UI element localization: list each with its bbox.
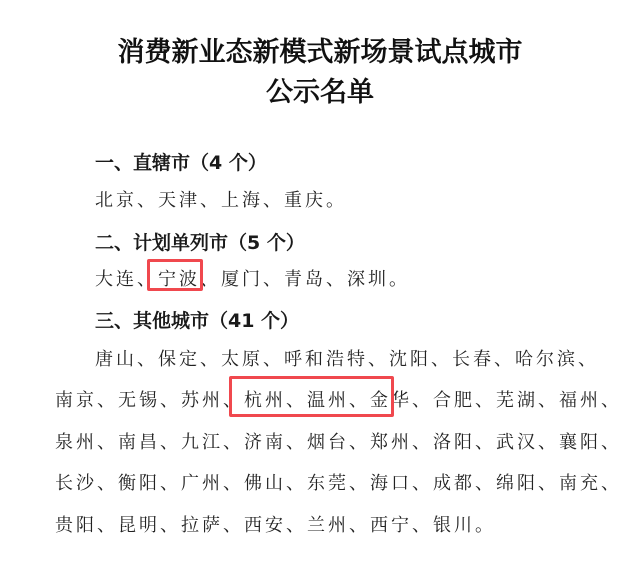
section-heading-separately-planned-cities: 二、计划单列市（5 个） <box>95 228 305 255</box>
section-list-other-cities-line4: 长沙、衡阳、广州、佛山、东莞、海口、成都、绵阳、南充、 <box>55 469 622 495</box>
document-title-line1: 消费新业态新模式新场景试点城市 <box>0 30 640 69</box>
highlight-box-hangzhou-wenzhou-jinhua <box>229 376 394 417</box>
document-title-line2: 公示名单 <box>0 70 640 109</box>
section-heading-other-cities: 三、其他城市（41 个） <box>95 306 299 333</box>
section-list-other-cities-line1: 唐山、保定、太原、呼和浩特、沈阳、长春、哈尔滨、 <box>95 345 599 371</box>
highlight-box-ningbo <box>147 259 203 291</box>
section-list-other-cities-line3: 泉州、南昌、九江、济南、烟台、郑州、洛阳、武汉、襄阳、 <box>55 428 622 454</box>
section-list-separately-planned-cities: 大连、宁波、厦门、青岛、深圳。 <box>95 265 410 291</box>
section-list-municipalities: 北京、天津、上海、重庆。 <box>95 186 347 212</box>
section-list-other-cities-line5: 贵阳、昆明、拉萨、西安、兰州、西宁、银川。 <box>55 511 496 537</box>
section-heading-municipalities: 一、直辖市（4 个） <box>95 148 267 175</box>
